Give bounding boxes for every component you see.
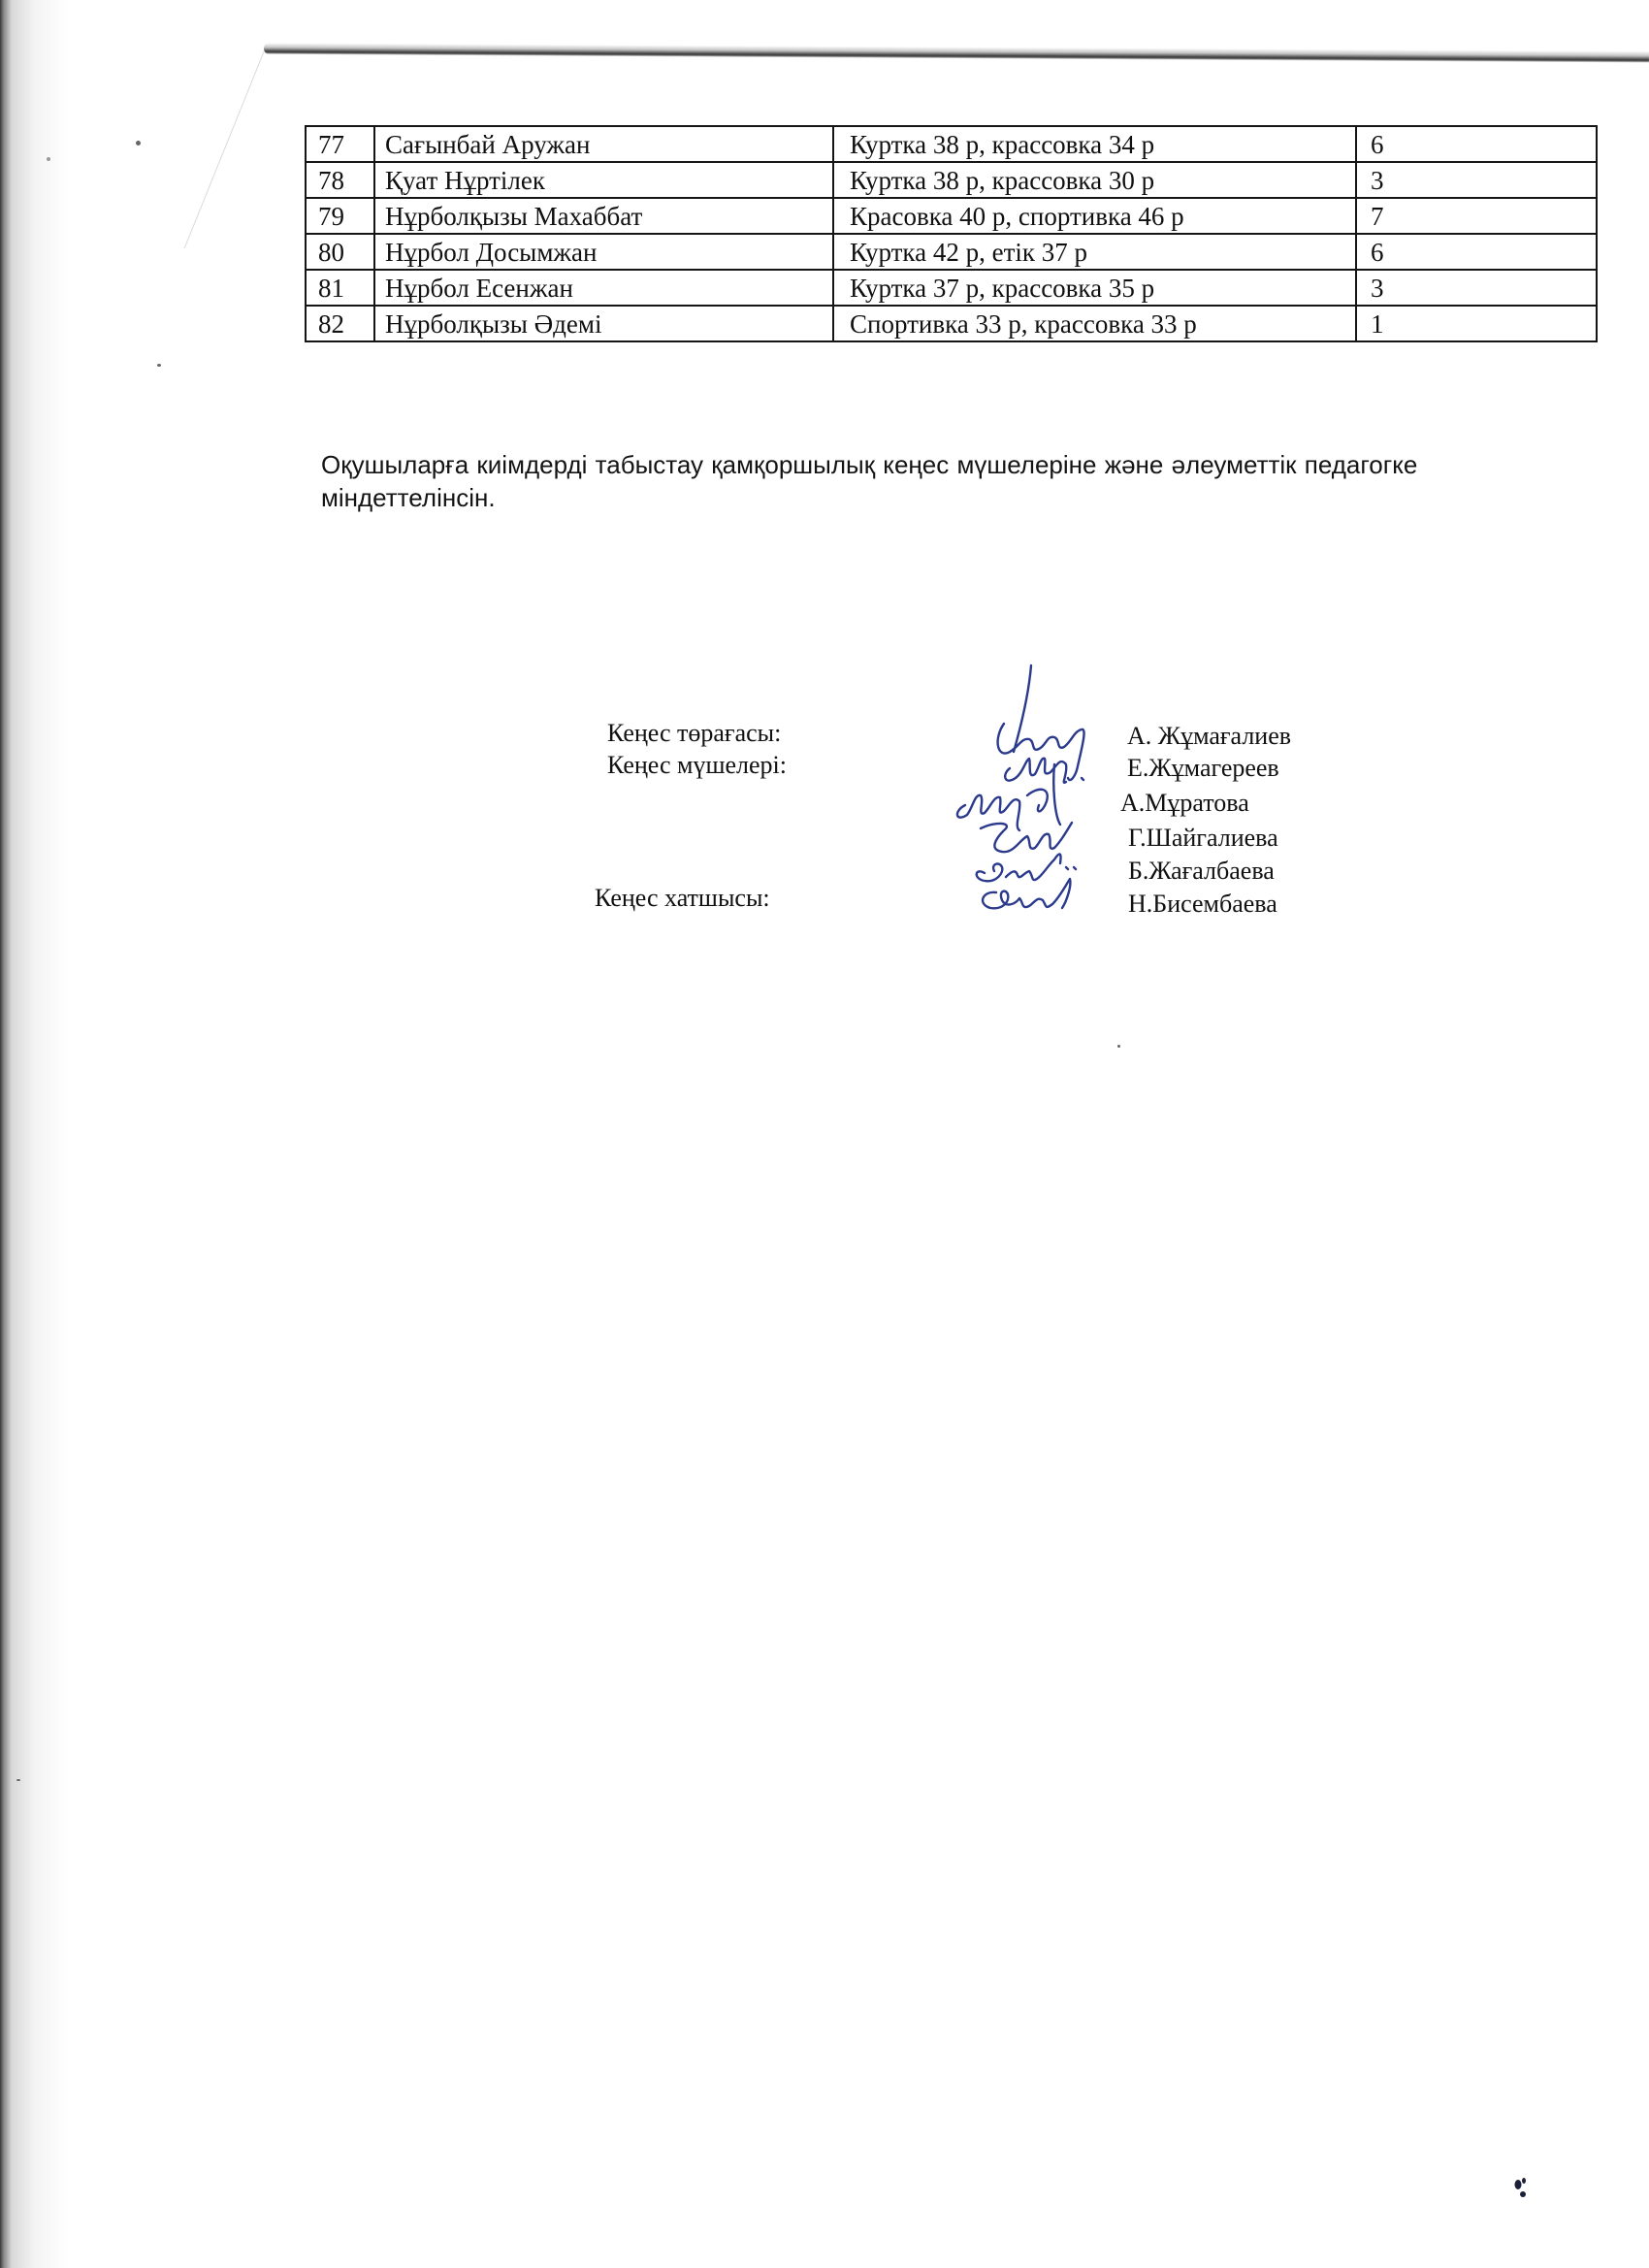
scan-speck bbox=[1117, 1045, 1120, 1048]
grade: 6 bbox=[1356, 126, 1597, 162]
clothing-items: Куртка 42 р, етік 37 р bbox=[833, 234, 1356, 270]
handwritten-signatures bbox=[946, 660, 1140, 931]
signature-member-4 bbox=[977, 855, 1076, 882]
row-number: 77 bbox=[306, 126, 374, 162]
chair-label: Кеңес төрағасы: bbox=[607, 721, 781, 746]
table-row: 77 Сағынбай Аружан Куртка 38 р, крассовк… bbox=[306, 126, 1597, 162]
signature-secretary bbox=[983, 879, 1070, 908]
table-row: 82 Нұрболқызы Әдемі Спортивка 33 р, крас… bbox=[306, 306, 1597, 341]
scan-speck bbox=[136, 141, 141, 146]
clothing-items: Спортивка 33 р, крассовка 33 р bbox=[833, 306, 1356, 341]
signatory-name: Б.Жағалбаева bbox=[1128, 859, 1275, 884]
grade: 6 bbox=[1356, 234, 1597, 270]
row-number: 79 bbox=[306, 198, 374, 234]
signatory-name: Е.Жұмагереев bbox=[1127, 756, 1279, 781]
scan-speck bbox=[157, 364, 161, 367]
signatory-name: Н.Бисембаева bbox=[1128, 891, 1277, 917]
grade: 7 bbox=[1356, 198, 1597, 234]
scan-left-edge-shadow bbox=[0, 0, 68, 2268]
table-row: 80 Нұрбол Досымжан Куртка 42 р, етік 37 … bbox=[306, 234, 1597, 270]
members-label: Кеңес мүшелері: bbox=[607, 753, 787, 778]
signatory-name: А. Жұмағалиев bbox=[1127, 724, 1291, 749]
row-number: 80 bbox=[306, 234, 374, 270]
grade: 1 bbox=[1356, 306, 1597, 341]
ink-spot-mark bbox=[1514, 2176, 1528, 2199]
scan-top-line-artifact bbox=[264, 43, 1649, 63]
student-name: Нұрбол Досымжан bbox=[374, 234, 833, 270]
scan-speck bbox=[16, 1779, 20, 1781]
clothing-items: Красовка 40 р, спортивка 46 р bbox=[833, 198, 1356, 234]
grade: 3 bbox=[1356, 162, 1597, 198]
student-name: Нұрбол Есенжан bbox=[374, 270, 833, 306]
student-name: Нұрболқызы Махаббат bbox=[374, 198, 833, 234]
scan-speck bbox=[47, 157, 50, 161]
student-name: Қуат Нұртілек bbox=[374, 162, 833, 198]
student-name: Нұрболқызы Әдемі bbox=[374, 306, 833, 341]
clothing-items: Куртка 38 р, крассовка 34 р bbox=[833, 126, 1356, 162]
resolution-paragraph: Оқушыларға киімдерді табыстау қамқоршылы… bbox=[321, 448, 1563, 514]
clothing-items: Куртка 38 р, крассовка 30 р bbox=[833, 162, 1356, 198]
signatory-name: Г.Шайгалиева bbox=[1128, 826, 1278, 851]
student-name: Сағынбай Аружан bbox=[374, 126, 833, 162]
row-number: 82 bbox=[306, 306, 374, 341]
signature-member-2 bbox=[957, 764, 1060, 830]
grade: 3 bbox=[1356, 270, 1597, 306]
secretary-label: Кеңес хатшысы: bbox=[595, 886, 770, 911]
table-row: 78 Қуат Нұртілек Куртка 38 р, крассовка … bbox=[306, 162, 1597, 198]
scan-diagonal-artifact bbox=[184, 50, 265, 248]
row-number: 81 bbox=[306, 270, 374, 306]
row-number: 78 bbox=[306, 162, 374, 198]
clothing-items: Куртка 37 р, крассовка 35 р bbox=[833, 270, 1356, 306]
clothing-distribution-table: 77 Сағынбай Аружан Куртка 38 р, крассовк… bbox=[305, 125, 1598, 342]
table-row: 81 Нұрбол Есенжан Куртка 37 р, крассовка… bbox=[306, 270, 1597, 306]
signature-member-3 bbox=[981, 823, 1072, 852]
table-row: 79 Нұрболқызы Махаббат Красовка 40 р, сп… bbox=[306, 198, 1597, 234]
